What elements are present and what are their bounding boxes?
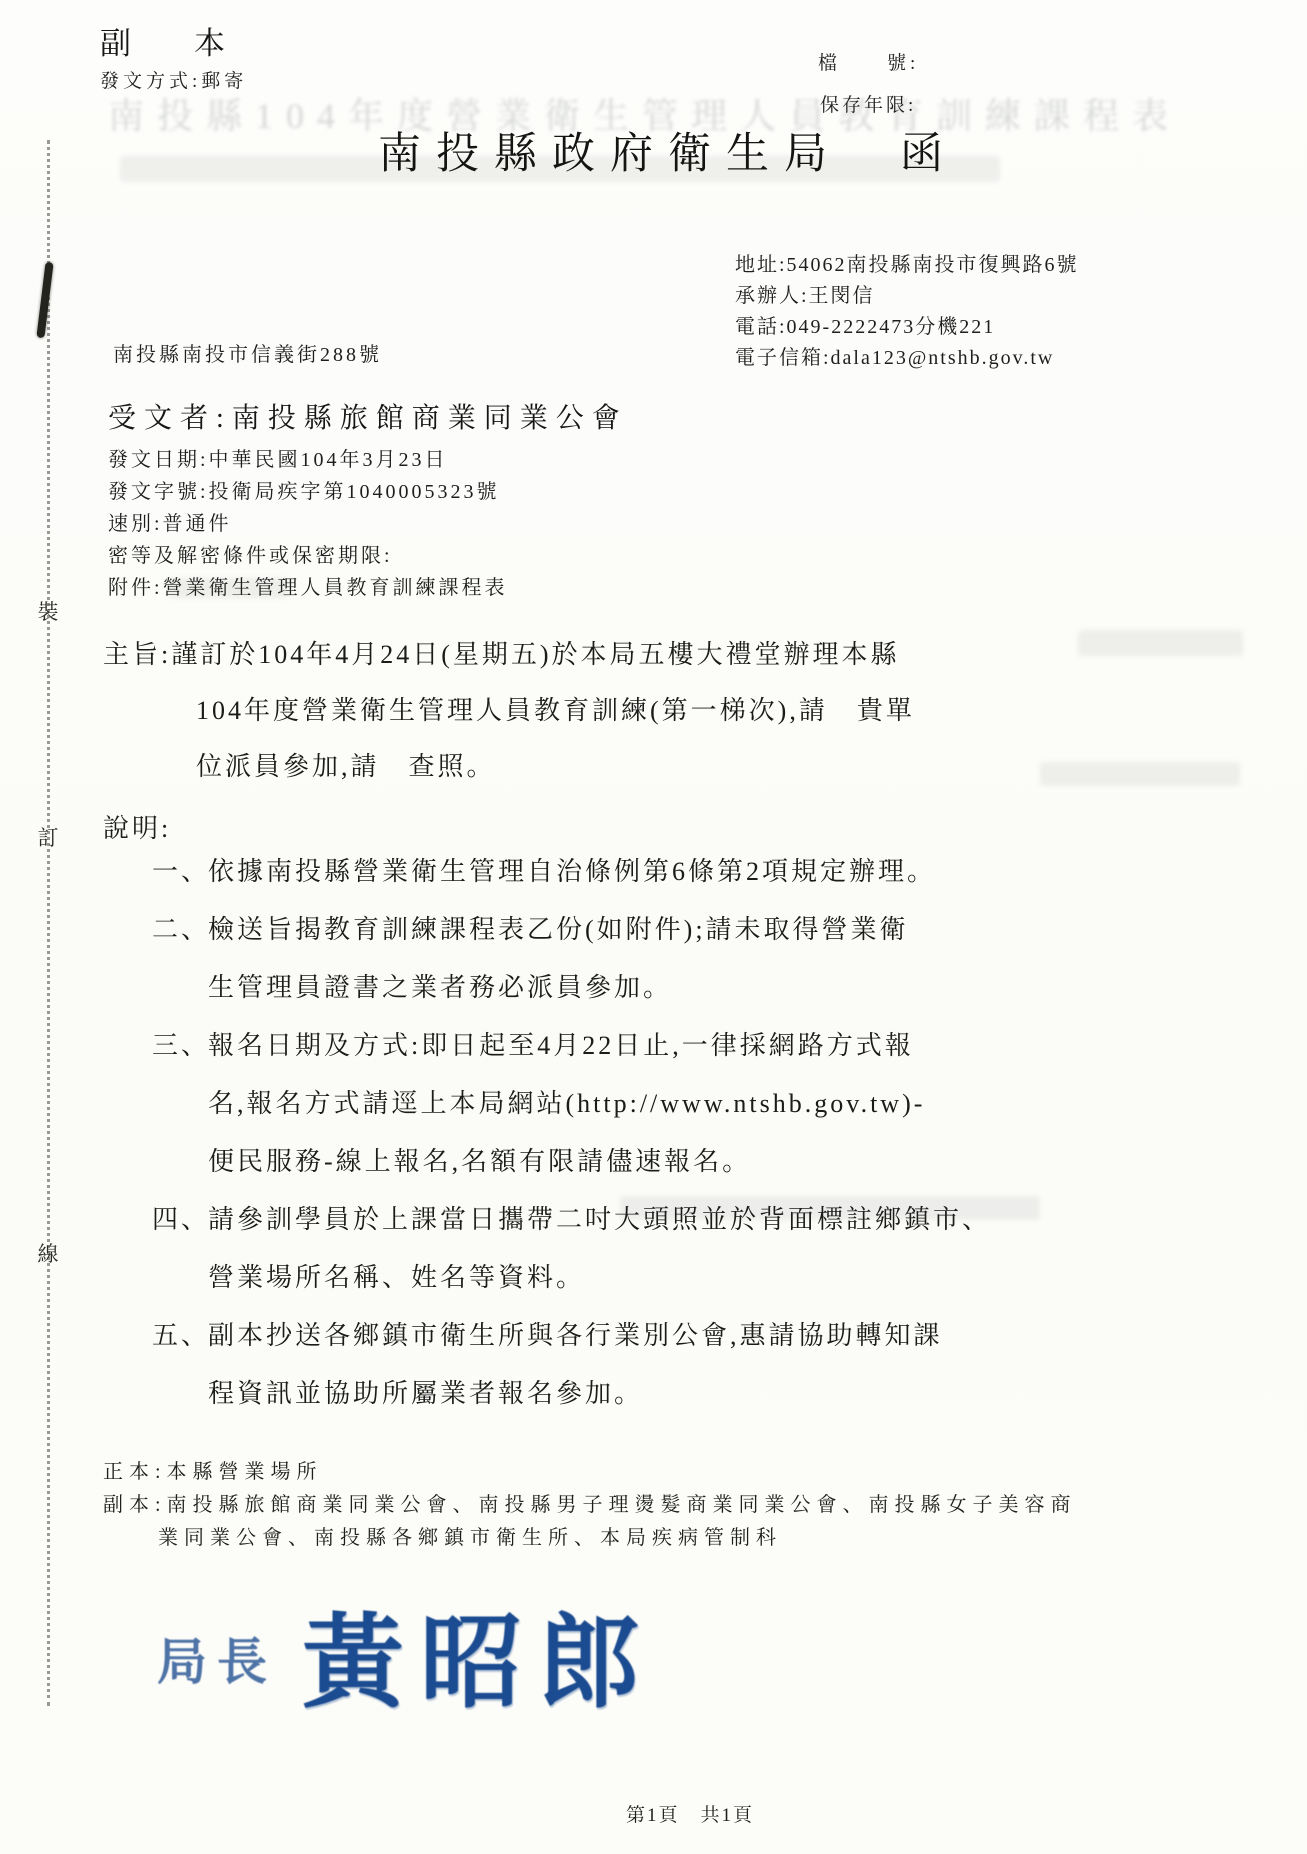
security-class: 密等及解密條件或保密期限: — [108, 540, 508, 572]
delivery-method: 發文方式:郵寄 — [100, 66, 247, 93]
agency-email: 電子信箱:dala123@ntshb.gov.tw — [735, 343, 1079, 374]
item-number: 五、 — [152, 1307, 210, 1365]
binding-char-zhuang: 裝 — [33, 596, 63, 626]
director-title-stamp: 局長 — [157, 1622, 277, 1694]
description-item-3: 三、 報名日期及方式:即日起至4月22日止,一律採網路方式報 名,報名方式請逕上… — [152, 1017, 1232, 1191]
item-text-line: 報名日期及方式:即日起至4月22日止,一律採網路方式報 — [208, 1017, 1232, 1075]
agency-contact-person: 承辦人:王閔信 — [735, 281, 1079, 312]
binding-char-ding: 訂 — [33, 822, 63, 852]
agency-phone: 電話:049-2222473分機221 — [735, 312, 1079, 343]
page-number-footer: 第1頁 共1頁 — [0, 1800, 1307, 1827]
document-title: 南投縣政府衛生局 函 — [378, 120, 958, 181]
binding-char-xian: 線 — [33, 1238, 63, 1268]
item-text-line: 營業場所名稱、姓名等資料。 — [208, 1249, 1232, 1307]
retention-period-label: 保存年限: — [820, 90, 916, 117]
cc-copy-line: 副本:南投縣旅館商業同業公會、南投縣男子理燙髮商業同業公會、南投縣女子美容商 — [103, 1489, 1077, 1522]
item-text-line: 請參訓學員於上課當日攜帶二吋大頭照並於背面標註鄉鎮市、 — [208, 1191, 1232, 1249]
original-copy-line: 正本:本縣營業場所 — [103, 1456, 1077, 1489]
item-text-line: 程資訊並協助所屬業者報名參加。 — [208, 1365, 1232, 1423]
item-text-line: 生管理員證書之業者務必派員參加。 — [208, 959, 1232, 1017]
subject-line: 104年度營業衛生管理人員教育訓練(第一梯次),請 貴單 — [196, 690, 915, 727]
copy-label: 副 本 — [100, 18, 241, 63]
bleed-through-mark — [1040, 762, 1240, 786]
item-number: 三、 — [152, 1017, 210, 1075]
item-number: 四、 — [152, 1191, 210, 1249]
description-item-5: 五、 副本抄送各鄉鎮市衛生所與各行業別公會,惠請協助轉知課 程資訊並協助所屬業者… — [152, 1307, 1232, 1423]
subject-line: 位派員參加,請 查照。 — [196, 746, 496, 783]
agency-address: 地址:54062南投縣南投市復興路6號 — [735, 250, 1079, 281]
staple-mark — [36, 262, 53, 338]
scanned-official-letter: 裝 訂 線 南投縣104年度營業衛生管理人員教育訓練課程表 副 本 發文方式:郵… — [0, 0, 1307, 1854]
item-text-line: 檢送旨揭教育訓練課程表乙份(如附件);請未取得營業衛 — [208, 901, 1232, 959]
description-item-2: 二、 檢送旨揭教育訓練課程表乙份(如附件);請未取得營業衛 生管理員證書之業者務… — [152, 901, 1232, 1017]
file-number-label: 檔 號: — [818, 48, 919, 75]
description-item-1: 一、 依據南投縣營業衛生管理自治條例第6條第2項規定辦理。 — [152, 843, 1232, 901]
subject-line: 主旨:謹訂於104年4月24日(星期五)於本局五樓大禮堂辦理本縣 — [103, 634, 900, 671]
agency-contact-block: 地址:54062南投縣南投市復興路6號 承辦人:王閔信 電話:049-22224… — [735, 250, 1079, 374]
item-number: 一、 — [152, 843, 210, 901]
bleed-through-mark — [1078, 630, 1243, 656]
speed-class: 速別:普通件 — [108, 508, 508, 540]
cc-copy-line: 業同業公會、南投縣各鄉鎮市衛生所、本局疾病管制科 — [103, 1522, 1077, 1555]
dispatch-meta-block: 發文日期:中華民國104年3月23日 發文字號:投衛局疾字第1040005323… — [108, 444, 508, 604]
attachment-line: 附件:營業衛生管理人員教育訓練課程表 — [108, 572, 508, 604]
description-items: 一、 依據南投縣營業衛生管理自治條例第6條第2項規定辦理。 二、 檢送旨揭教育訓… — [152, 843, 1232, 1423]
binding-dotted-line — [47, 140, 50, 1706]
copies-block: 正本:本縣營業場所 副本:南投縣旅館商業同業公會、南投縣男子理燙髮商業同業公會、… — [103, 1456, 1077, 1555]
dispatch-number: 發文字號:投衛局疾字第1040005323號 — [108, 476, 508, 508]
item-text-line: 依據南投縣營業衛生管理自治條例第6條第2項規定辦理。 — [208, 843, 1232, 901]
recipient-line: 受文者:南投縣旅館商業同業公會 — [108, 396, 628, 436]
description-label: 說明: — [103, 808, 171, 845]
director-name-stamp: 黃昭郎 — [302, 1582, 656, 1728]
recipient-street-address: 南投縣南投市信義街288號 — [113, 338, 382, 367]
item-text-line: 副本抄送各鄉鎮市衛生所與各行業別公會,惠請協助轉知課 — [208, 1307, 1232, 1365]
item-number: 二、 — [152, 901, 210, 959]
item-text-line: 名,報名方式請逕上本局網站(http://www.ntshb.gov.tw)- — [208, 1075, 1232, 1133]
item-text-line: 便民服務-線上報名,名額有限請儘速報名。 — [208, 1133, 1232, 1191]
dispatch-date: 發文日期:中華民國104年3月23日 — [108, 444, 508, 476]
description-item-4: 四、 請參訓學員於上課當日攜帶二吋大頭照並於背面標註鄉鎮市、 營業場所名稱、姓名… — [152, 1191, 1232, 1307]
